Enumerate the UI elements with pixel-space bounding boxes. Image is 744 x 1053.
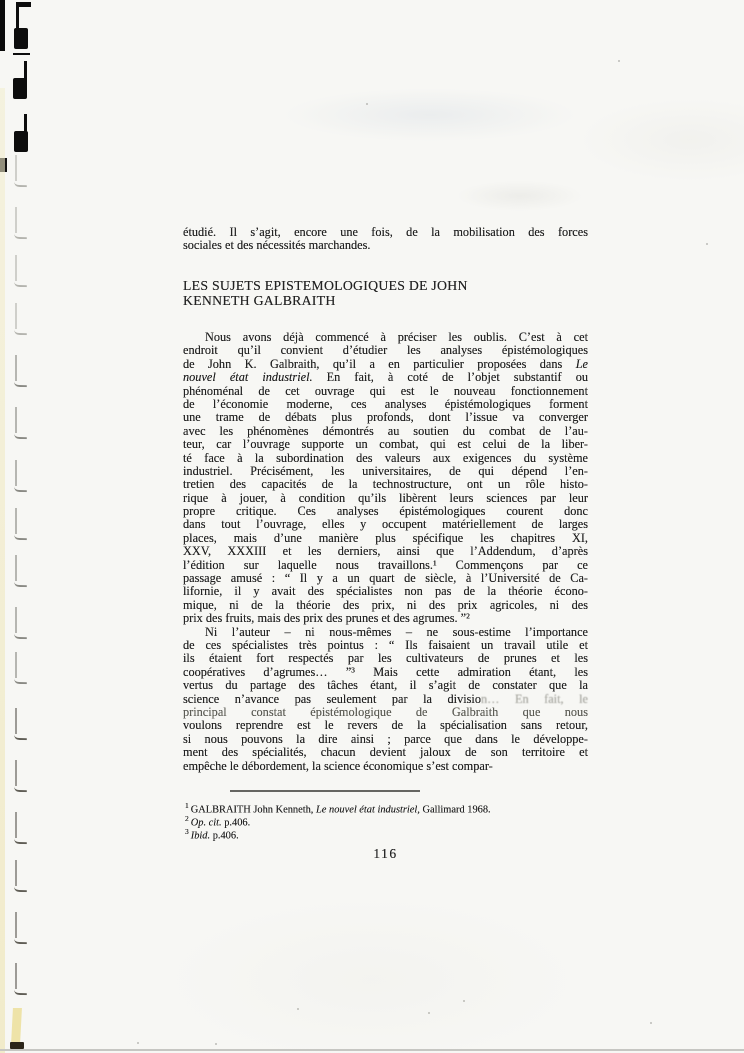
text-line: l’édition sur laquelle nous travaillons.… xyxy=(183,559,588,572)
section-heading: LES SUJETS EPISTEMOLOGIQUES DE JOHNKENNE… xyxy=(183,279,588,309)
faded-text: n… En fait, le xyxy=(481,692,588,706)
text-line: vertus du partage des tâches étant, il s… xyxy=(183,679,588,692)
page-edge-yellow-strip xyxy=(0,88,5,1053)
text-line: coopératives d’agrumes… ”³ Mais cette ad… xyxy=(183,666,588,679)
scan-speck xyxy=(650,1022,652,1024)
text-line: té face à la subordination des valeurs a… xyxy=(183,452,588,465)
text-line: avec les phénomènes démontrés au soutien… xyxy=(183,425,588,438)
scan-speck xyxy=(428,1012,430,1014)
footnote-marker: 3 xyxy=(185,827,189,836)
text-line: sociales et des nécessités marchandes. xyxy=(183,239,588,252)
footnote: 1GALBRAITH John Kenneth, Le nouvel état … xyxy=(185,799,585,812)
paragraph-continuation: étudié. Il s’agit, encore une fois, de l… xyxy=(183,226,588,253)
text-line: industriel. Précisément, les universitai… xyxy=(183,465,588,478)
scan-speck xyxy=(366,103,368,105)
scan-speck xyxy=(137,1042,139,1044)
text-line: de ces spécialistes très pointus : “ Ils… xyxy=(183,639,588,652)
footnote-marker: 1 xyxy=(185,801,189,810)
paragraph-1: Nous avons déjà commencé à préciser les … xyxy=(183,331,588,626)
text-line: rique à jouer, à condition qu’ils libère… xyxy=(183,492,588,505)
scan-speck xyxy=(297,1008,299,1010)
scan-bottom-edge xyxy=(0,1049,744,1051)
text-line: dans tout l’ouvrage, elles y occupent ma… xyxy=(183,518,588,531)
scan-speck xyxy=(706,243,708,245)
text-line: tretien des capacités de la technostruct… xyxy=(183,478,588,491)
text-line: une trame de débats plus profonds, dont … xyxy=(183,411,588,424)
footnote-marker: 2 xyxy=(185,814,189,823)
page-number: 116 xyxy=(183,846,588,862)
binding-mark-yellow xyxy=(11,1008,22,1044)
binding-mark-yellow-base xyxy=(10,1042,24,1049)
text-line: prix des fruits, mais des prix des prune… xyxy=(183,612,588,625)
text-line: KENNETH GALBRAITH xyxy=(183,294,588,309)
scanned-page: étudié. Il s’agit, encore une fois, de l… xyxy=(0,0,744,1053)
text-line: empêche le débordement, la science écono… xyxy=(183,760,588,773)
paragraph-2: Ni l’auteur – ni nous-mêmes – ne sous-es… xyxy=(183,626,588,773)
text-line: phénoménal de cet ouvrage qui est le nou… xyxy=(183,385,588,398)
text-line: passage amusé : “ Il y a un quart de siè… xyxy=(183,572,588,585)
scan-speck xyxy=(618,60,620,62)
scan-edge-bar xyxy=(0,0,5,51)
text-line: voulons reprendre est le revers de la sp… xyxy=(183,719,588,732)
text-line: ment des spécialités, chacun devient jal… xyxy=(183,746,588,759)
text-line: de John K. Galbraith, qu’il a en particu… xyxy=(183,358,588,371)
text-line: principal constat épistémologique de Gal… xyxy=(183,706,588,719)
text-line: science n’avance pas seulement par la di… xyxy=(183,693,588,706)
text-line: XXV, XXXIII et les derniers, ainsi que l… xyxy=(183,545,588,558)
scan-speck xyxy=(463,1000,465,1002)
text-line: mique, ni de la théorie des prix, ni des… xyxy=(183,599,588,612)
text-line: si nous pouvons la dire ainsi ; parce qu… xyxy=(183,733,588,746)
text-line: lifornie, il y avait des spécialistes no… xyxy=(183,585,588,598)
text-line: endroit qu’il convient d’étudier les ana… xyxy=(183,344,588,357)
text-line: de l’économie moderne, ces analyses épis… xyxy=(183,398,588,411)
text-line: LES SUJETS EPISTEMOLOGIQUES DE JOHN xyxy=(183,279,588,294)
text-line: teur, car l’ouvrage supporte un combat, … xyxy=(183,438,588,451)
text-line: Nous avons déjà commencé à préciser les … xyxy=(183,331,588,344)
text-line: étudié. Il s’agit, encore une fois, de l… xyxy=(183,226,588,239)
text-line: ils étaient fort respectés par les culti… xyxy=(183,652,588,665)
body-text: Nous avons déjà commencé à préciser les … xyxy=(183,331,588,773)
text-line: nouvel état industriel. En fait, à coté … xyxy=(183,371,588,384)
footnote-divider xyxy=(230,790,420,792)
text-line: places, mais d’une manière plus spécifiq… xyxy=(183,532,588,545)
text-line: Ni l’auteur – ni nous-mêmes – ne sous-es… xyxy=(183,626,588,639)
text-line: propre critique. Ces analyses épistémolo… xyxy=(183,505,588,518)
scan-speck xyxy=(215,1043,217,1045)
footnotes: 1GALBRAITH John Kenneth, Le nouvel état … xyxy=(185,799,585,839)
